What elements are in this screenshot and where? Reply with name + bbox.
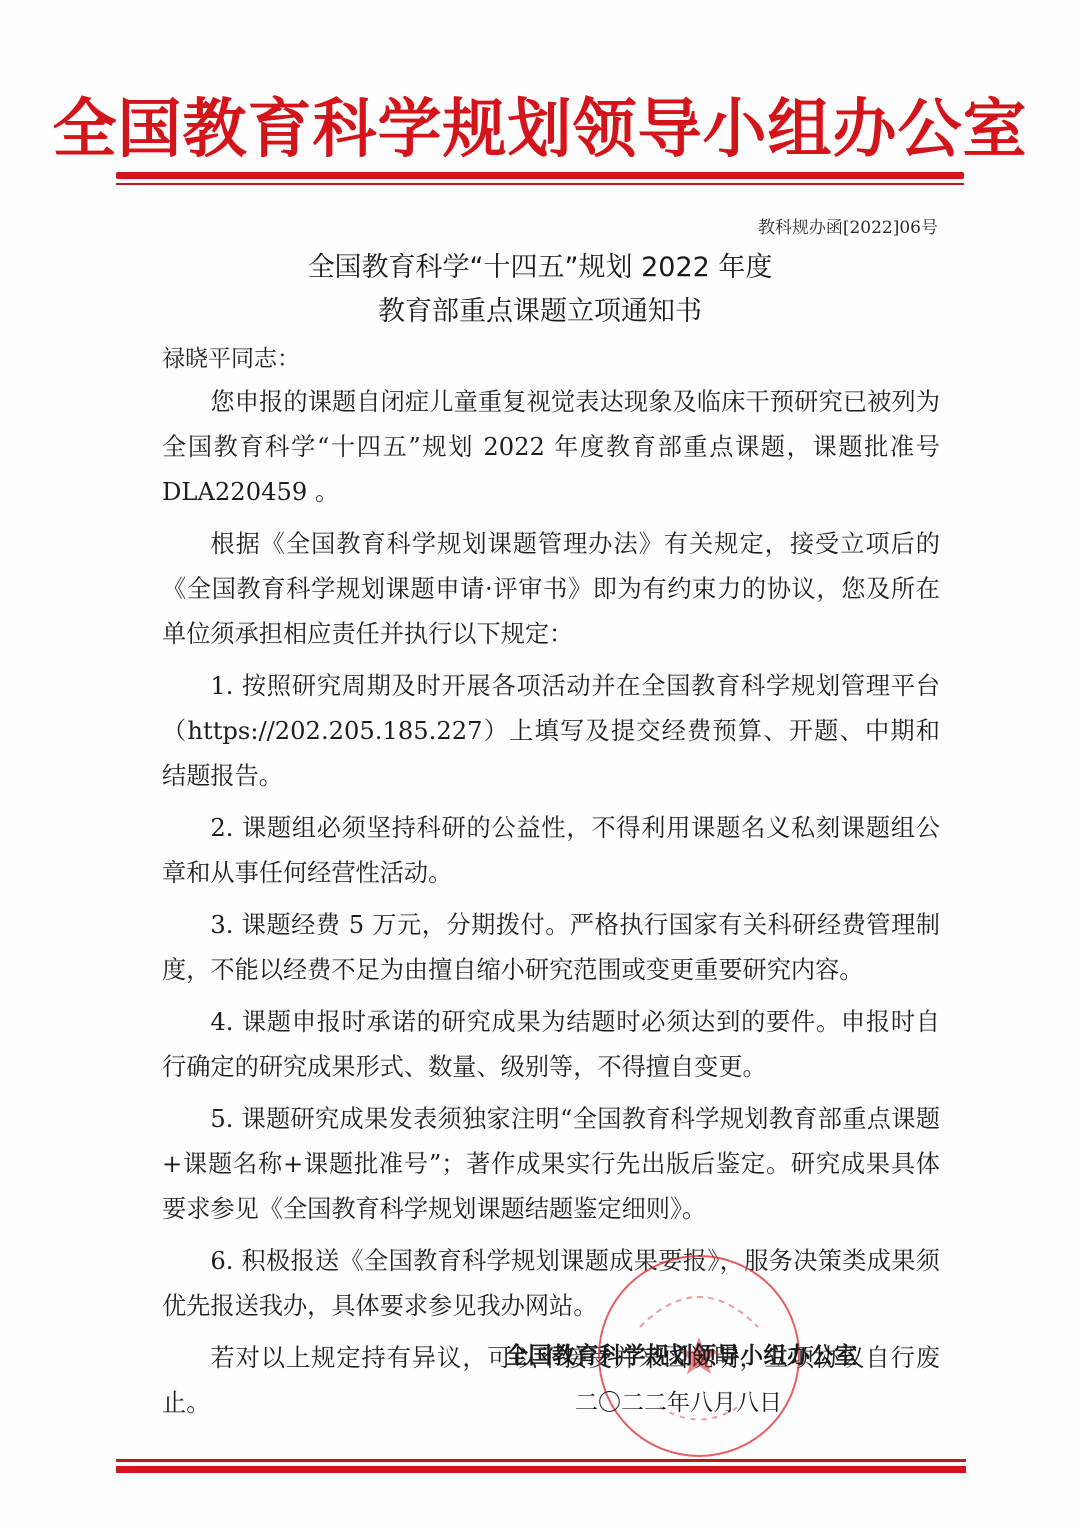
notice-document: 全国教育科学规划领导小组办公室 教科规办函[2022]06号 全国教育科学“十四…	[0, 0, 1080, 1528]
rule-item-4: 4. 课题申报时承诺的研究成果为结题时必须达到的要件。申报时自行确定的研究成果形…	[162, 1000, 940, 1090]
paragraph-regulations: 根据《全国教育科学规划课题管理办法》有关规定，接受立项后的《全国教育科学规划课题…	[162, 522, 940, 657]
signature-date: 二〇二二年八月八日	[575, 1384, 782, 1417]
document-title-line-2: 教育部重点课题立项通知书	[0, 292, 1080, 332]
letterhead-rule-thick	[116, 172, 964, 179]
rule-item-5: 5. 课题研究成果发表须独家注明“全国教育科学规划教育部重点课题+课题名称+课题…	[162, 1097, 940, 1232]
rule-item-1: 1. 按照研究周期及时开展各项活动并在全国教育科学规划管理平台（https://…	[162, 664, 940, 799]
paragraph-intro: 您申报的课题自闭症儿童重复视觉表达现象及临床干预研究已被列为全国教育科学“十四五…	[162, 380, 940, 515]
rule-item-2: 2. 课题组必须坚持科研的公益性，不得利用课题名义私刻课题组公章和从事任何经营性…	[162, 806, 940, 896]
footer-rule-thin	[116, 1459, 966, 1462]
letterhead-rule-thin	[116, 183, 964, 185]
signature-organization: 全国教育科学规划领导小组办公室	[505, 1337, 858, 1370]
document-title-line-1: 全国教育科学“十四五”规划 2022 年度	[0, 248, 1080, 288]
document-number: 教科规办函[2022]06号	[758, 213, 938, 238]
footer-rule-thick	[116, 1466, 966, 1473]
document-body: 您申报的课题自闭症儿童重复视觉表达现象及临床干预研究已被列为全国教育科学“十四五…	[162, 380, 940, 1433]
salutation: 禄晓平同志：	[162, 340, 300, 373]
rule-item-6: 6. 积极报送《全国教育科学规划课题成果要报》，服务决策类成果须优先报送我办，具…	[162, 1239, 940, 1329]
rule-item-3: 3. 课题经费 5 万元，分期拨付。严格执行国家有关科研经费管理制度，不能以经费…	[162, 903, 940, 993]
letterhead-title: 全国教育科学规划领导小组办公室	[0, 92, 1080, 168]
